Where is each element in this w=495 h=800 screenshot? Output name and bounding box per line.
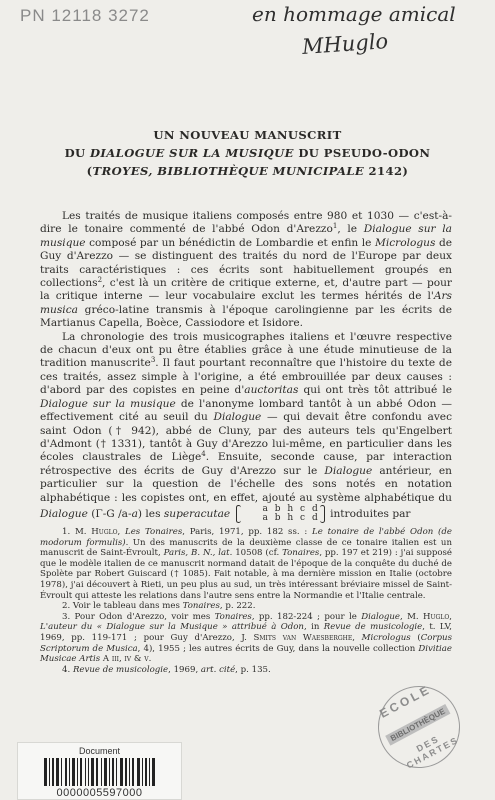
text: introduites par [327, 508, 411, 520]
text: , 1969, [168, 665, 201, 675]
text: composé par un bénédictin de Lombardie e… [86, 237, 375, 249]
barcode-label: Document 0000005597000 [17, 742, 182, 800]
italic-text: Tonaires [282, 548, 319, 558]
text: , p. 222. [220, 601, 256, 611]
text: 1. M. [62, 527, 91, 537]
text: . [149, 654, 152, 664]
italic-text: Dialogue [40, 508, 88, 520]
text: , 4), 1955 ; les autres écrits de Guy, d… [138, 644, 419, 654]
author-name: Huglo [91, 527, 117, 537]
title-line-2: DU DIALOGUE SUR LA MUSIQUE DU PSEUDO-ODO… [0, 144, 495, 162]
text: , [352, 633, 361, 643]
author-name: Huglo [423, 612, 449, 622]
text: , in [304, 622, 324, 632]
barcode-label-title: Document [18, 746, 181, 756]
title-text: 2142) [364, 164, 408, 178]
text: 3. Pour Odon d'Arezzo, voir mes [62, 612, 215, 622]
text: 4. [62, 665, 73, 675]
italic-text: L'auteur du « Dialogue sur la Musique » … [40, 622, 304, 632]
pencil-reference-annotation: PN 12118 3272 [20, 6, 150, 26]
footnote-2: 2. Voir le tableau dans mes Tonaires, p.… [40, 601, 452, 612]
paragraph-2: La chronologie des trois musicographes i… [40, 331, 452, 523]
paragraph-1: Les traités de musique italiens composés… [40, 210, 452, 331]
italic-text: Tonaires [183, 601, 220, 611]
footnote-3: 3. Pour Odon d'Arezzo, voir mes Tonaires… [40, 612, 452, 665]
author-name: Smits van Waesberghe [254, 633, 353, 643]
italic-text: Revue de musicologie [73, 665, 168, 675]
text: , Paris, 1971, pp. 182 ss. : [182, 527, 312, 537]
italic-text: Micrologus [362, 633, 411, 643]
italic-text: Dialogue [324, 465, 372, 477]
title-line-1: UN NOUVEAU MANUSCRIT [0, 126, 495, 144]
title-text: DU [65, 146, 90, 160]
handwritten-dedication: en hommage amical [252, 2, 456, 26]
barcode-number: 0000005597000 [18, 787, 181, 799]
text: , M. [400, 612, 423, 622]
text: 2. Voir le tableau dans mes [62, 601, 183, 611]
italic-text: Dialogue [213, 411, 261, 423]
italic-text: Micrologus [375, 237, 435, 249]
text: , pp. 182-224 ; pour le [252, 612, 361, 622]
footnote-1: 1. M. Huglo, Les Tonaires, Paris, 1971, … [40, 527, 452, 601]
small-caps-text: iii, iv & v [112, 654, 149, 664]
italic-text: Les Tonaires [125, 527, 182, 537]
text: , c'est là un critère de critique extern… [40, 277, 452, 302]
barcode-icon [44, 758, 156, 786]
text: ) les [138, 508, 164, 520]
text: qui ont très tôt attribué le [298, 384, 452, 396]
text: (Γ-G /a- [88, 508, 132, 520]
document-page: PN 12118 3272 en hommage amical MHuglo U… [0, 0, 495, 800]
title-line-3: (TROYES, BIBLIOTHÈQUE MUNICIPALE 2142) [0, 162, 495, 180]
italic-text: Paris, B. N., lat. [164, 548, 233, 558]
text: , p. 135. [235, 665, 271, 675]
footnotes: 1. M. Huglo, Les Tonaires, Paris, 1971, … [40, 527, 452, 675]
title-text: DU PSEUDO-ODON [294, 146, 431, 160]
italic-text: Tonaires [215, 612, 252, 622]
italic-text: superacutae [164, 508, 230, 520]
handwritten-signature: MHuglo [301, 29, 389, 59]
text: , [449, 612, 452, 622]
italic-text: Dialogue sur la musique [40, 398, 176, 410]
text: A [100, 654, 112, 664]
text: , [118, 527, 126, 537]
title-italic-text: TROYES, BIBLIOTHÈQUE MUNICIPALE [93, 164, 365, 178]
text: 10508 (cf. [232, 548, 282, 558]
italic-text: art. cité [201, 665, 235, 675]
text: , le [337, 223, 363, 235]
library-stamp: ECOLE BIBLIOTHÈQUE DES CHARTES [364, 672, 475, 783]
body-text: Les traités de musique italiens composés… [40, 210, 452, 523]
italic-text: auctoritas [244, 384, 298, 396]
article-title: UN NOUVEAU MANUSCRIT DU DIALOGUE SUR LA … [0, 126, 495, 180]
footnote-4: 4. Revue de musicologie, 1969, art. cité… [40, 665, 452, 676]
italic-text: Revue de musicologie [324, 622, 422, 632]
italic-text: Dialogue [361, 612, 400, 622]
matrix-row-bottom: a b h c d [241, 514, 320, 523]
text: gréco-latine transmis à l'époque carolin… [40, 304, 452, 329]
title-italic-text: DIALOGUE SUR LA MUSIQUE [90, 146, 294, 160]
note-letters-matrix: a b h c da b h c d [236, 505, 325, 523]
text: ( [411, 633, 421, 643]
